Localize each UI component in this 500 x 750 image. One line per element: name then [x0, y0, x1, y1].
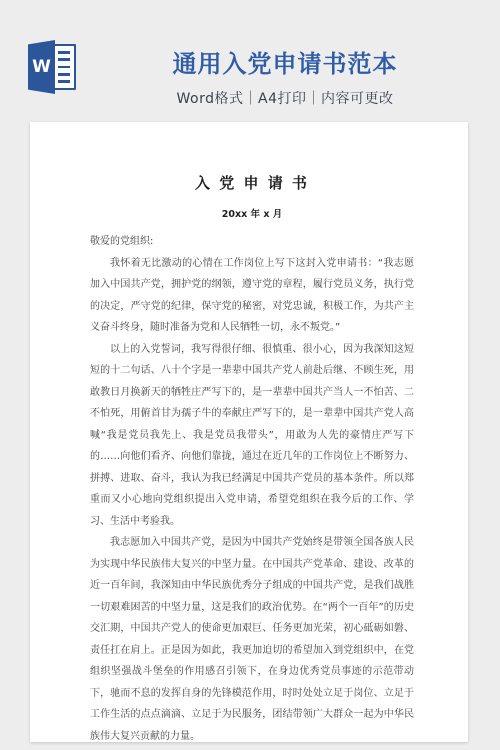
- page-subtitle: Word格式｜A4打印｜内容可更改: [72, 88, 498, 108]
- document-title: 入 党 申 请 书: [90, 172, 414, 193]
- header: W 通用入党申请书范本 Word格式｜A4打印｜内容可更改: [0, 0, 500, 122]
- document-salutation: 敬爱的党组织:: [90, 231, 414, 253]
- word-file-icon: W: [28, 40, 76, 94]
- document-paragraph: 我怀着无比激动的心情在工作岗位上写下这封入党申请书：“我志愿加入中国共产党，拥护…: [90, 253, 414, 339]
- word-icon-letter: W: [32, 57, 51, 77]
- word-icon-text-lines: [58, 51, 70, 83]
- page-title: 通用入党申请书范本: [72, 44, 498, 79]
- document-preview-page: 入 党 申 请 书 20xx 年 x 月 敬爱的党组织: 我怀着无比激动的心情在…: [30, 122, 468, 742]
- document-date: 20xx 年 x 月: [90, 206, 414, 220]
- document-paragraph: 以上的入党誓词，我写得很仔细、很慎重、很小心，因为我深知这短短的十二句话、八十个…: [90, 339, 414, 533]
- document-paragraph: 我志愿加入中国共产党，是因为中国共产党始终是带领全国各族人民为实现中华民族伟大复…: [90, 532, 414, 747]
- header-text: 通用入党申请书范本 Word格式｜A4打印｜内容可更改: [72, 44, 498, 108]
- word-icon-w-panel: W: [28, 40, 55, 94]
- document-body: 敬爱的党组织: 我怀着无比激动的心情在工作岗位上写下这封入党申请书：“我志愿加入…: [90, 231, 414, 747]
